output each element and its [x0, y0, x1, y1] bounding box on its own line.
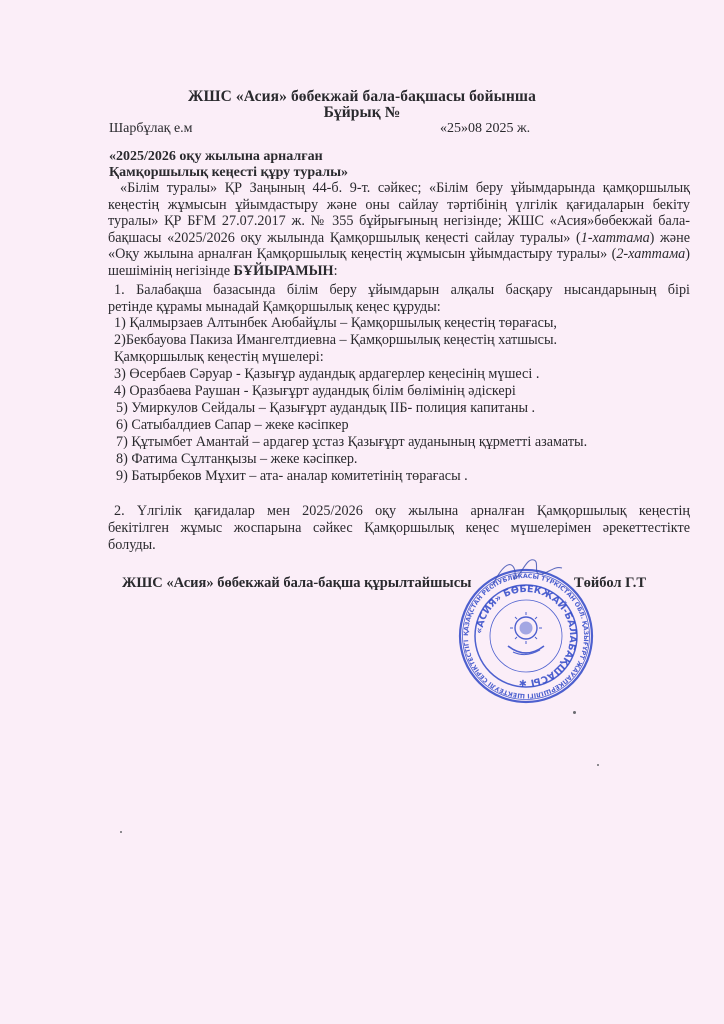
item-2-line-2: бекітілген жұмыс жоспарына сәйкес Қамқор…	[108, 520, 690, 537]
member-3: 3) Өсербаев Сәруар - Қазығұр аудандық ар…	[114, 366, 539, 383]
subject-line-1: «2025/2026 оқу жылына арналған	[109, 149, 323, 165]
protocol-2: 2-хаттама	[616, 246, 685, 262]
order-number-heading: Бұйрық №	[0, 104, 724, 122]
scan-speck	[573, 711, 576, 714]
date-label: «25»08 2025 ж.	[440, 121, 530, 137]
scan-speck	[120, 831, 122, 833]
order-keyword: БҰЙЫРАМЫН	[234, 263, 334, 279]
member-9: 9) Батырбеков Мұхит – ата- аналар комите…	[116, 468, 468, 485]
member-6: 6) Сатыбалдиев Сапар – жеке кәсіпкер	[116, 417, 349, 434]
signatory-title: ЖШС «Асия» бөбекжай бала-бақша құрылтайш…	[122, 575, 471, 592]
member-4: 4) Оразбаева Раушан - Қазығұрт аудандық …	[114, 383, 516, 400]
scan-speck	[597, 764, 599, 766]
member-2: 2)Бекбауова Пакиза Имангелтдиевна – Қамқ…	[114, 332, 557, 349]
item-2-line-3: болуды.	[108, 537, 156, 554]
document-page: ЖШС «Асия» бөбекжай бала-бақшасы бойынша…	[0, 0, 724, 1024]
preamble-colon: :	[334, 263, 338, 279]
protocol-1: 1-хаттама	[581, 230, 650, 246]
preamble-paragraph: «Білім туралы» ҚР Заңының 44-б. 9-т. сәй…	[108, 180, 690, 280]
member-1: 1) Қалмырзаев Алтынбек Аюбайұлы – Қамқор…	[114, 315, 557, 332]
members-heading: Қамқоршылық кеңестің мүшелері:	[114, 349, 324, 366]
place-label: Шарбұлақ е.м	[109, 121, 193, 137]
item-1-line-1: 1. Балабақша базасында білім беру ұйымда…	[114, 282, 690, 299]
member-8: 8) Фатима Сұлтанқызы – жеке кәсіпкер.	[116, 451, 357, 468]
item-2-line-1: 2. Үлгілік қағидалар мен 2025/2026 оқу ж…	[114, 503, 690, 520]
handwritten-signature-icon	[488, 556, 568, 592]
member-7: 7) Құтымбет Амантай – ардагер ұстаз Қазы…	[116, 434, 587, 451]
subject-line-2: Қамқоршылық кеңесті құру туралы»	[109, 165, 348, 181]
member-5: 5) Умиркулов Сейдалы – Қазығұрт аудандық…	[116, 400, 535, 417]
item-1-line-2: ретінде құрамы мынадай Қамқоршылық кеңес…	[108, 299, 441, 316]
